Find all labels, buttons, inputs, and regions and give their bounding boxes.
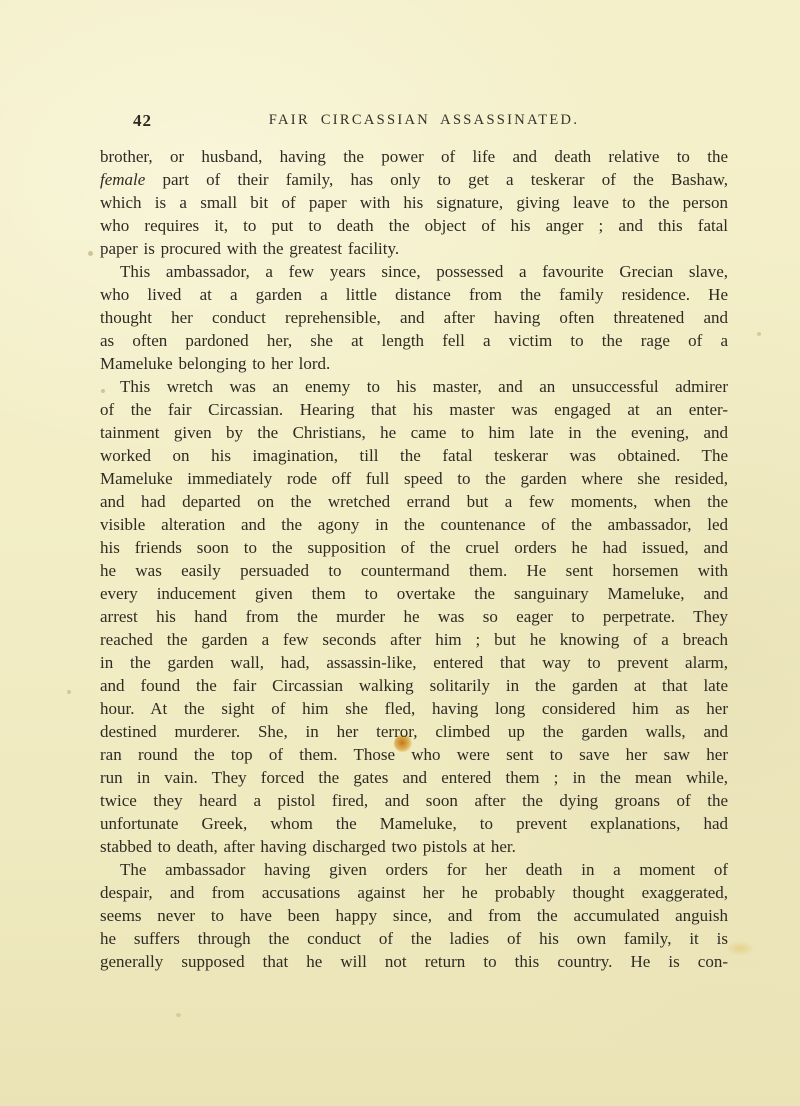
text-line: tainment given by the Christians, he cam… <box>100 421 728 444</box>
page-body: brother, or husband, having the power of… <box>100 145 728 973</box>
paragraph: This wretch was an enemy to his master, … <box>100 375 728 858</box>
text-line: worked on his imagination, till the fata… <box>100 444 728 467</box>
text-line: seems never to have been happy since, an… <box>100 904 728 927</box>
text-line: thought her conduct reprehensible, and a… <box>100 306 728 329</box>
text-line: he suffers through the conduct of the la… <box>100 927 728 950</box>
foxing-spot <box>88 251 93 256</box>
text-line: This ambassador, a few years since, poss… <box>100 260 728 283</box>
text-line: in the garden wall, had, assassin-like, … <box>100 651 728 674</box>
text-line: he was easily persuaded to countermand t… <box>100 559 728 582</box>
text-line: The ambassador having given orders for h… <box>100 858 728 881</box>
text-line: every inducement given them to overtake … <box>100 582 728 605</box>
text-line: who lived at a garden a little distance … <box>100 283 728 306</box>
text-line: stabbed to death, after having discharge… <box>100 835 728 858</box>
text-line: unfortunate Greek, whom the Mameluke, to… <box>100 812 728 835</box>
running-head-row: 42 FAIR CIRCASSIAN ASSASSINATED. <box>100 111 728 133</box>
italic-text: female <box>100 170 145 189</box>
text-line: reached the garden a few seconds after h… <box>100 628 728 651</box>
running-head: FAIR CIRCASSIAN ASSASSINATED. <box>120 112 728 129</box>
text-line: female part of their family, has only to… <box>100 168 728 191</box>
paragraph: The ambassador having given orders for h… <box>100 858 728 973</box>
text-line: despair, and from accusations against he… <box>100 881 728 904</box>
text-line: which is a small bit of paper with his s… <box>100 191 728 214</box>
text-line: paper is procured with the greatest faci… <box>100 237 728 260</box>
text-line: twice they heard a pistol fired, and soo… <box>100 789 728 812</box>
foxing-spot <box>757 332 761 336</box>
book-page: 42 FAIR CIRCASSIAN ASSASSINATED. brother… <box>0 0 800 1106</box>
paragraph: This ambassador, a few years since, poss… <box>100 260 728 375</box>
text-line: visible alteration and the agony in the … <box>100 513 728 536</box>
text-line: brother, or husband, having the power of… <box>100 145 728 168</box>
text-line: Mameluke immediately rode off full speed… <box>100 467 728 490</box>
text-line: his friends soon to the supposition of t… <box>100 536 728 559</box>
foxing-spot <box>176 1013 181 1017</box>
text-line: and had departed on the wretched errand … <box>100 490 728 513</box>
text-line: of the fair Circassian. Hearing that his… <box>100 398 728 421</box>
text-line: ran round the top of them. Those who wer… <box>100 743 728 766</box>
paragraph: brother, or husband, having the power of… <box>100 145 728 260</box>
text-line: Mameluke belonging to her lord. <box>100 352 728 375</box>
text-line: as often pardoned her, she at length fel… <box>100 329 728 352</box>
text-line: destined murderer. She, in her terror, c… <box>100 720 728 743</box>
text-line: run in vain. They forced the gates and e… <box>100 766 728 789</box>
text-line: and found the fair Circassian walking so… <box>100 674 728 697</box>
paper-smudge <box>726 941 754 956</box>
text-line: who requires it, to put to death the obj… <box>100 214 728 237</box>
text-line: generally supposed that he will not retu… <box>100 950 728 973</box>
text-line: hour. At the sight of him she fled, havi… <box>100 697 728 720</box>
text-line: arrest his hand from the murder he was s… <box>100 605 728 628</box>
text-line: This wretch was an enemy to his master, … <box>100 375 728 398</box>
foxing-spot <box>67 690 71 694</box>
